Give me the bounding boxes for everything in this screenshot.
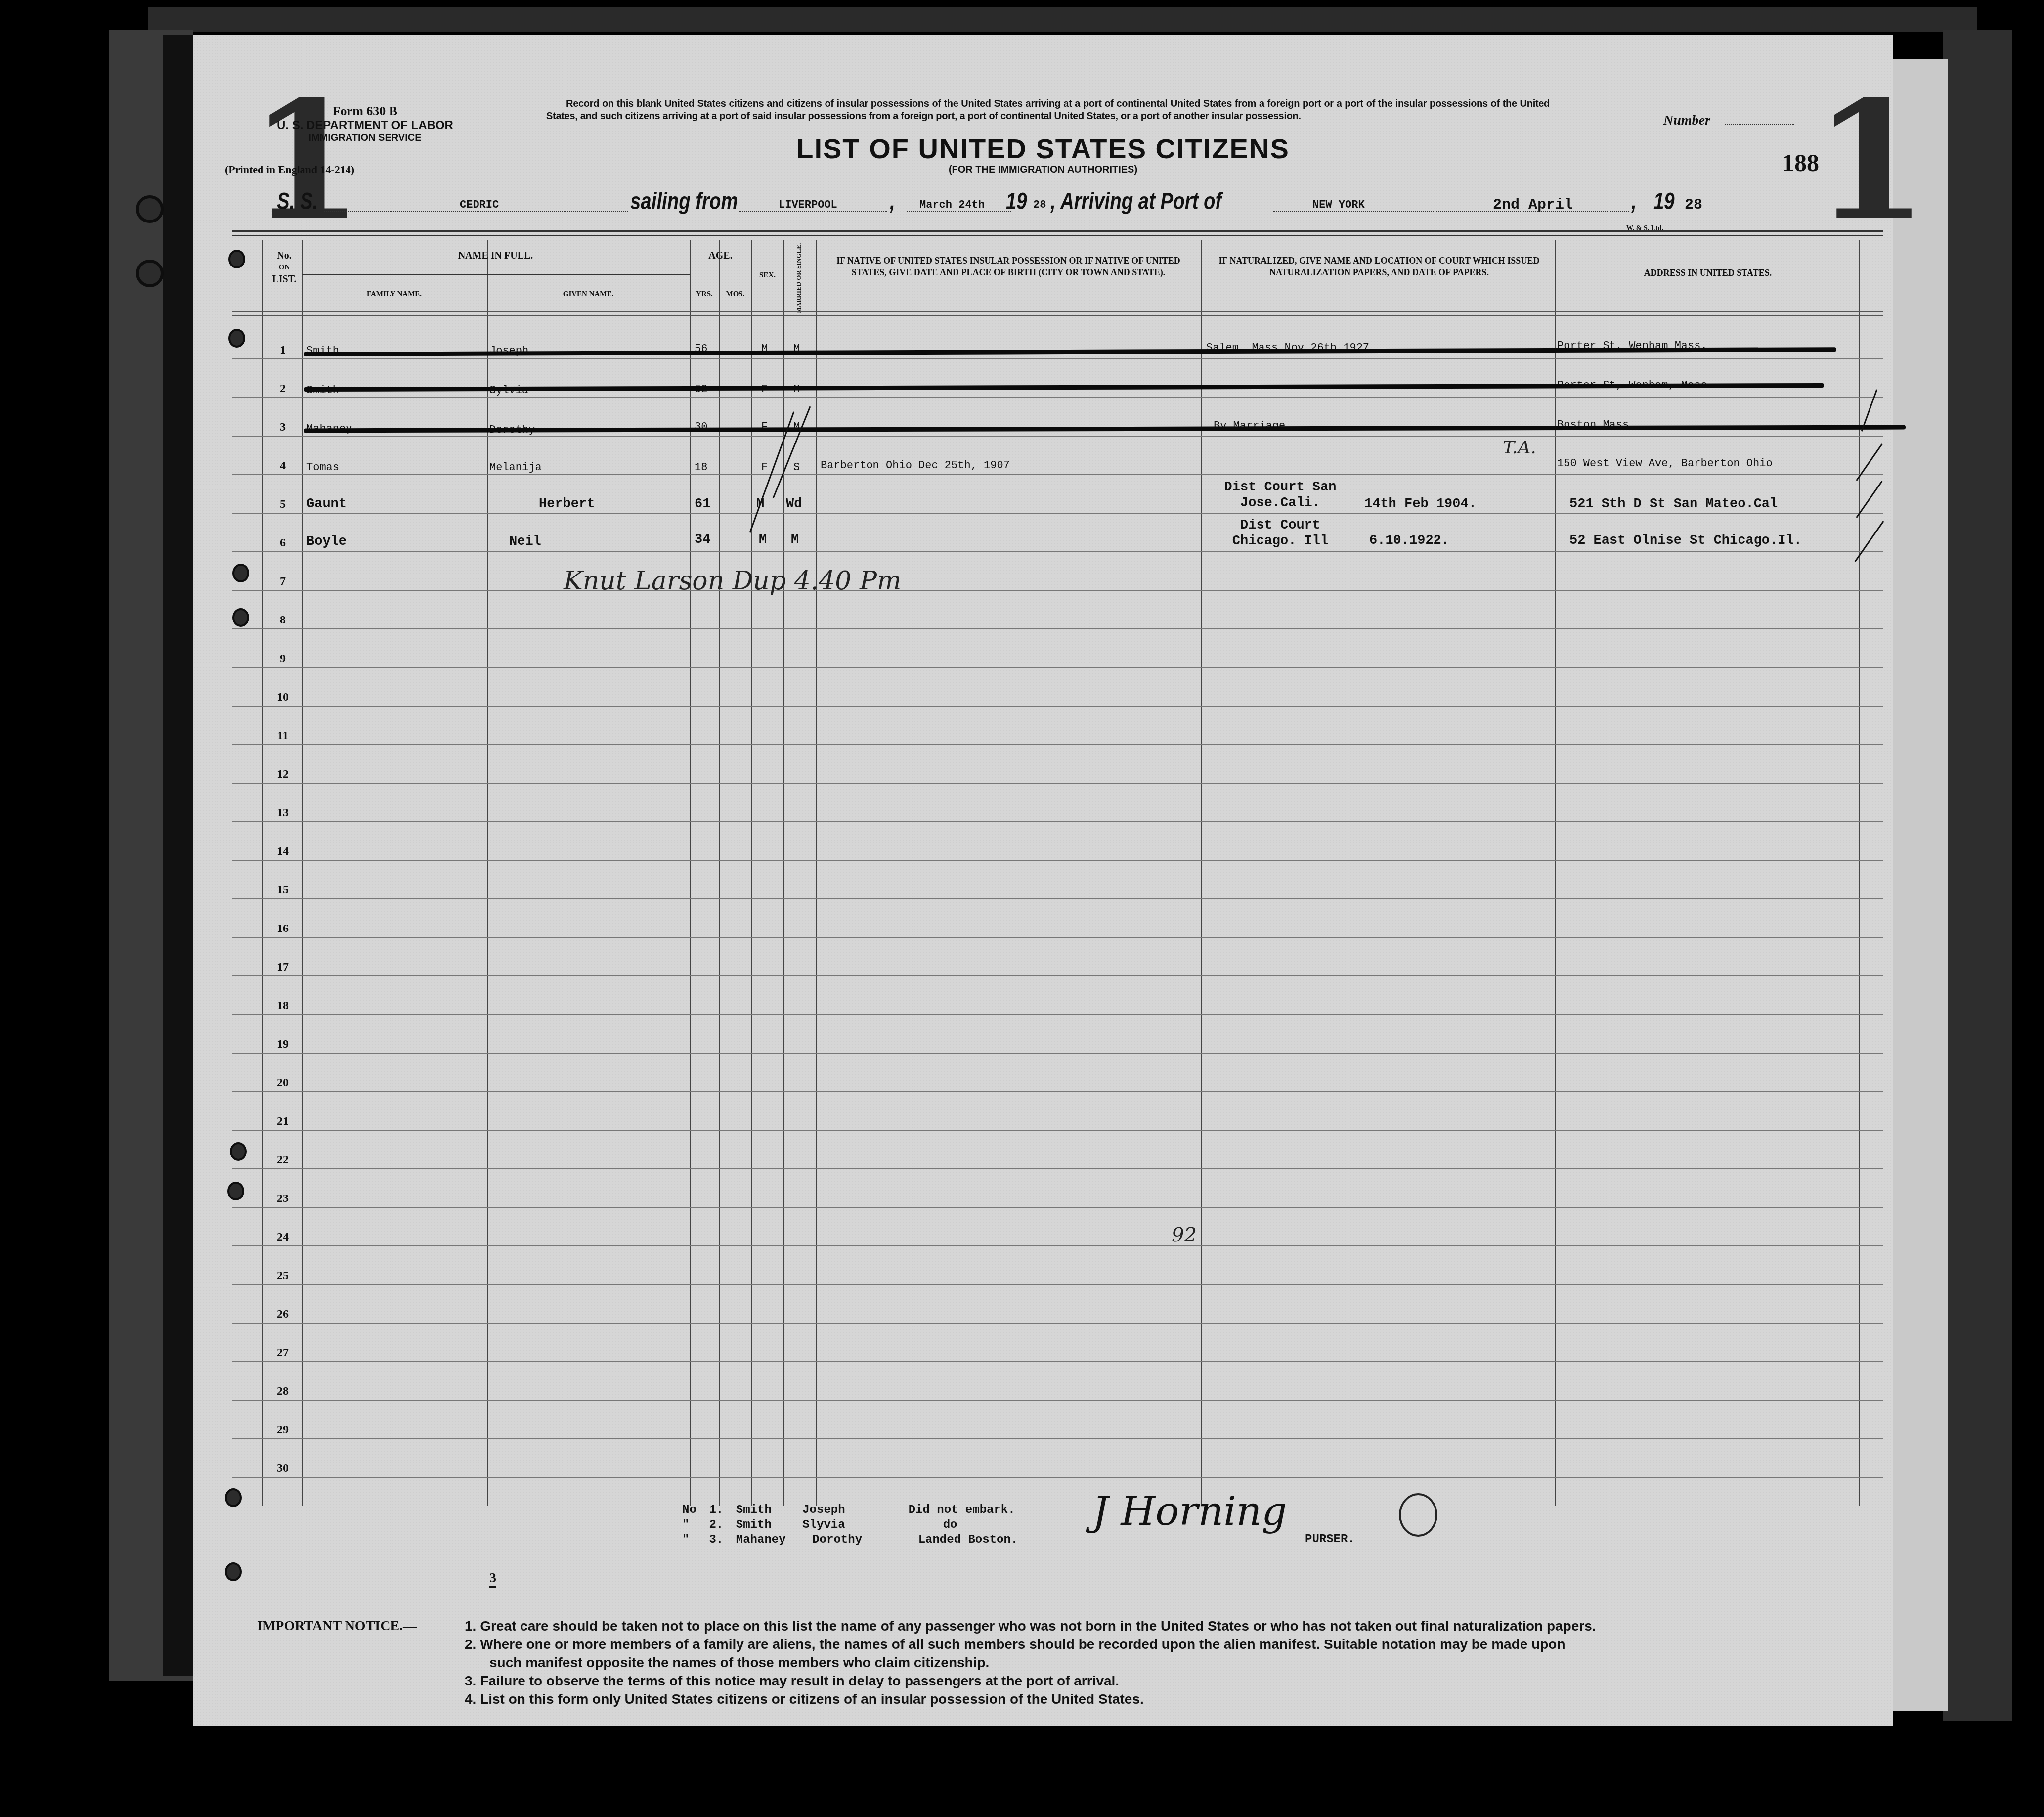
family-name: Boyle: [306, 534, 347, 549]
note-prefix: ": [682, 1533, 702, 1548]
header-bottom-rule: [232, 311, 1883, 316]
header-mos: MOS.: [719, 288, 751, 300]
disposition-notes: No 1. Smith Joseph Did not embark. " 2. …: [682, 1503, 1018, 1548]
notice-items: 1. Great care should be taken not to pla…: [465, 1617, 1888, 1708]
margin-number: 92: [1172, 1224, 1197, 1246]
purser-signature: J Horning: [1092, 1488, 1287, 1534]
sex: M: [759, 532, 767, 547]
row-line: [232, 937, 1883, 938]
note-row: " 3. Mahaney Dorothy Landed Boston.: [682, 1533, 1018, 1548]
handwritten-note: Knut Larson Dup 4.40 Pm: [564, 566, 901, 596]
age-years: 61: [695, 497, 710, 512]
purser-label: PURSER.: [1305, 1533, 1355, 1546]
row-number: 4: [273, 459, 293, 473]
row-number: 20: [273, 1076, 293, 1090]
punch-hole-icon: [232, 608, 249, 627]
note-remark: Did not embark.: [909, 1503, 1015, 1518]
binder-ring-icon: [136, 260, 164, 287]
row-number: 15: [273, 884, 293, 897]
row-number: 23: [273, 1192, 293, 1205]
row-number: 27: [273, 1346, 293, 1360]
note-family-name: Smith: [736, 1518, 795, 1533]
row-line: [232, 1207, 1883, 1208]
number-field-line: [1725, 124, 1794, 125]
sex: F: [761, 461, 768, 474]
header-family-name: FAMILY NAME.: [302, 288, 487, 300]
number-label: Number: [1663, 113, 1710, 129]
row-number: 12: [273, 768, 293, 781]
header-text: LIST.: [267, 273, 302, 285]
row-line: [232, 975, 1883, 976]
naturalization-date: 14th Feb 1904.: [1364, 497, 1477, 512]
row-line: [232, 1053, 1883, 1054]
ss-label: S. S.: [277, 188, 318, 215]
header-yrs: YRS.: [690, 288, 719, 300]
row-number: 28: [273, 1385, 293, 1398]
header-given-name: GIVEN NAME.: [487, 288, 690, 300]
voyage-line: S. S. CEDRIC sailing from LIVERPOOL , Ma…: [277, 188, 1819, 222]
sheet-letter-right: 1: [1814, 79, 1928, 242]
row-number: 6: [273, 536, 293, 550]
note-number: 1.: [709, 1503, 729, 1518]
row-number: 29: [273, 1423, 293, 1437]
row-number: 18: [273, 999, 293, 1013]
punch-hole-icon: [227, 1182, 244, 1200]
age-years: 18: [695, 461, 707, 474]
row-line: [232, 1477, 1883, 1478]
sheet-number: 188: [1782, 148, 1819, 177]
form-number: Form 630 B: [277, 104, 453, 119]
page-subtitle: (FOR THE IMMIGRATION AUTHORITIES): [771, 164, 1315, 176]
punch-hole-icon: [230, 1142, 247, 1161]
header-married-or-single: MARRIED OR SINGLE.: [795, 236, 802, 320]
note-family-name: Smith: [736, 1503, 795, 1518]
row-line: [232, 1284, 1883, 1285]
form-instructions: Record on this blank United States citiz…: [546, 98, 1550, 123]
row-number: 26: [273, 1308, 293, 1321]
header-text: No.: [267, 250, 302, 262]
year-prefix-arrival: 19: [1653, 188, 1675, 215]
service-name: IMMIGRATION SERVICE: [277, 133, 453, 144]
marital-status: M: [791, 532, 799, 547]
row-number: 22: [273, 1153, 293, 1167]
row-number: 16: [273, 922, 293, 935]
row-line: [232, 821, 1883, 822]
binder-ring-icon: [136, 195, 164, 223]
punch-hole-icon: [228, 250, 245, 268]
column-divider: [262, 240, 263, 1506]
notice-item: 2. Where one or more members of a family…: [465, 1635, 1888, 1653]
row-line: [232, 1438, 1883, 1439]
arrival-date: 2nd April: [1493, 197, 1573, 214]
note-prefix: No: [682, 1503, 702, 1518]
header-age: AGE.: [690, 250, 751, 262]
note-row: No 1. Smith Joseph Did not embark.: [682, 1503, 1018, 1518]
row-line: [232, 436, 1883, 437]
note-given-name: Joseph: [802, 1503, 901, 1518]
note-family-name: Mahaney: [736, 1533, 805, 1548]
header-subdivider: [302, 274, 690, 275]
naturalization-court: Dist Court San Jose.Cali.: [1206, 480, 1354, 511]
row-number: 30: [273, 1462, 293, 1475]
header-text: ON: [267, 262, 302, 273]
notice-item-continued: such manifest opposite the names of thos…: [465, 1653, 1888, 1672]
punch-hole-icon: [228, 329, 245, 348]
row-line: [232, 1361, 1883, 1362]
note-row: " 2. Smith Slyvia do: [682, 1518, 1018, 1533]
row-line: [232, 860, 1883, 861]
us-address: 52 East Olnise St Chicago.Il.: [1569, 533, 1802, 548]
comma-separator: ,: [1631, 188, 1637, 215]
row-number: 13: [273, 806, 293, 820]
row-number: 9: [273, 652, 293, 665]
check-mark-icon: [1856, 443, 1882, 481]
column-divider: [302, 240, 303, 1506]
arriving-label: , Arriving at Port of: [1050, 188, 1221, 215]
departure-port: LIVERPOOL: [779, 199, 837, 211]
note-number: 2.: [709, 1518, 729, 1533]
row-number: 21: [273, 1115, 293, 1128]
initials-stamp-icon: [1399, 1493, 1437, 1537]
marital-status: S: [793, 461, 800, 474]
age-years: 34: [695, 532, 710, 547]
row-number: 2: [273, 382, 293, 396]
header-address: ADDRESS IN UNITED STATES.: [1562, 267, 1854, 279]
notice-heading: IMPORTANT NOTICE.—: [257, 1617, 417, 1635]
passenger-table: No. ON LIST. NAME IN FULL. FAMILY NAME. …: [232, 240, 1883, 1506]
row-line: [232, 1091, 1883, 1092]
row-number: 14: [273, 845, 293, 858]
row-line: [232, 1168, 1883, 1169]
header-rule: [232, 230, 1883, 236]
us-address: 150 West View Ave, Barberton Ohio: [1557, 457, 1773, 470]
note-prefix: ": [682, 1518, 702, 1533]
row-line: [232, 397, 1883, 398]
naturalization-court: Dist Court Chicago. Ill: [1209, 518, 1352, 549]
family-name: Tomas: [306, 461, 339, 474]
header-no-on-list: No. ON LIST.: [267, 250, 302, 285]
strikethrough-line: [304, 347, 1836, 356]
sailing-from-label: sailing from: [630, 188, 738, 215]
row-line: [232, 513, 1883, 514]
note-remark: do: [943, 1518, 957, 1533]
row-number: 7: [273, 575, 293, 588]
row-line: [232, 667, 1883, 668]
note-remark: Landed Boston.: [918, 1533, 1018, 1548]
comma-separator: ,: [890, 188, 895, 215]
form-header-block: Form 630 B U. S. DEPARTMENT OF LABOR IMM…: [277, 104, 453, 144]
row-number: 5: [273, 498, 293, 511]
row-number: 3: [273, 421, 293, 434]
row-number: 25: [273, 1269, 293, 1283]
printed-note: (Printed in England 14-214): [225, 163, 354, 176]
header-naturalized: IF NATURALIZED, GIVE NAME AND LOCATION O…: [1211, 255, 1547, 278]
row-number: 1: [273, 344, 293, 357]
given-name: Neil: [509, 534, 541, 549]
departure-date: March 24th: [919, 199, 985, 211]
punch-hole-icon: [225, 1488, 242, 1507]
birth-place-date: Barberton Ohio Dec 25th, 1907: [821, 459, 1010, 472]
binder-right-edge: [1943, 30, 2012, 1721]
binder-shadow: [163, 35, 193, 1676]
marital-status: Wd: [786, 497, 802, 512]
punch-hole-icon: [232, 564, 249, 582]
note-given-name: Slyvia: [802, 1518, 936, 1533]
header-sex: SEX.: [751, 269, 783, 281]
note-given-name: Dorothy: [812, 1533, 911, 1548]
row-number: 17: [273, 961, 293, 974]
binder-top-edge: [148, 7, 1977, 32]
row-line: [232, 1130, 1883, 1131]
row-number: 8: [273, 614, 293, 627]
row-line: [232, 590, 1883, 591]
us-address: 521 Sth D St San Mateo.Cal: [1569, 497, 1778, 512]
arrival-port: NEW YORK: [1312, 199, 1365, 211]
department-name: U. S. DEPARTMENT OF LABOR: [277, 119, 453, 133]
row-line: [232, 628, 1883, 629]
arrival-year: 28: [1685, 197, 1702, 214]
header-birth: IF NATIVE OF UNITED STATES INSULAR POSSE…: [826, 255, 1191, 278]
column-divider: [1859, 240, 1860, 1506]
row-line: [232, 1400, 1883, 1401]
row-line: [232, 1323, 1883, 1324]
ta-annotation: T.A.: [1503, 438, 1536, 458]
punch-hole-icon: [225, 1562, 242, 1581]
row-line: [232, 783, 1883, 784]
given-name: Herbert: [539, 497, 595, 512]
row-line: [232, 1014, 1883, 1015]
page-title: LIST OF UNITED STATES CITIZENS: [771, 133, 1315, 165]
row-number: 19: [273, 1038, 293, 1051]
notice-item: 4. List on this form only United States …: [465, 1690, 1888, 1708]
passenger-count: 3: [489, 1570, 496, 1588]
notice-item: 1. Great care should be taken not to pla…: [465, 1617, 1888, 1635]
row-line: [232, 1245, 1883, 1246]
strikethrough-line: [304, 425, 1906, 433]
row-line: [232, 744, 1883, 745]
row-line: [232, 706, 1883, 707]
row-number: 11: [273, 729, 293, 743]
ship-name: CEDRIC: [460, 199, 499, 211]
row-number: 24: [273, 1231, 293, 1244]
naturalization-date: 6.10.1922.: [1369, 533, 1449, 548]
row-line: [232, 551, 1883, 552]
year-prefix: 19: [1006, 188, 1027, 215]
row-line: [232, 474, 1883, 475]
row-line: [232, 358, 1883, 359]
departure-year: 28: [1033, 199, 1046, 211]
row-line: [232, 898, 1883, 899]
family-name: Gaunt: [306, 497, 347, 512]
notice-item: 3. Failure to observe the terms of this …: [465, 1672, 1888, 1690]
given-name: Melanija: [489, 461, 542, 474]
header-name-in-full: NAME IN FULL.: [302, 250, 690, 262]
note-number: 3.: [709, 1533, 729, 1548]
row-number: 10: [273, 691, 293, 704]
